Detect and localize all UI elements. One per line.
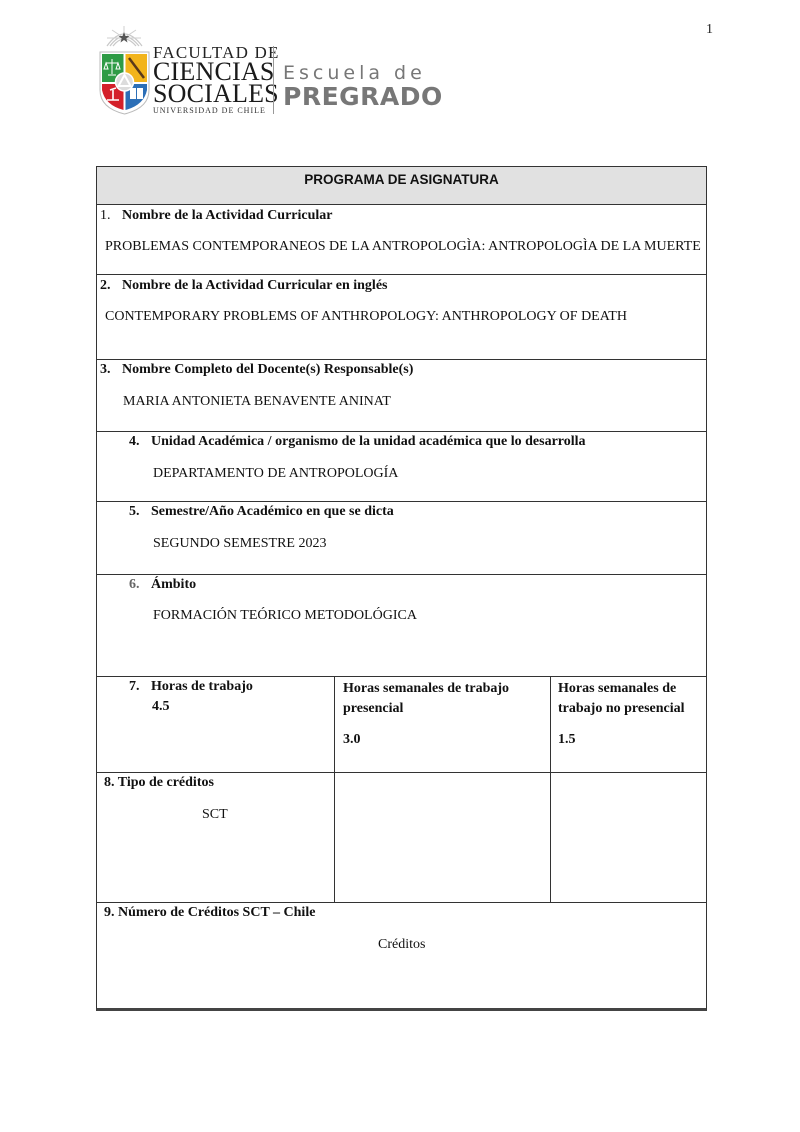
form-title: PROGRAMA DE ASIGNATURA <box>97 167 706 204</box>
page-number: 1 <box>706 22 713 38</box>
section-label: 5.Semestre/Año Académico en que se dicta <box>129 504 394 520</box>
section-work-hours: 7.Horas de trabajo 4.5 Horas semanales d… <box>97 676 706 772</box>
scope-value: FORMACIÓN TEÓRICO METODOLÓGICA <box>153 608 417 624</box>
credit-count-value: Créditos <box>378 937 425 953</box>
section-teacher: 3.Nombre Completo del Docente(s) Respons… <box>97 359 706 431</box>
presencial-label: Horas semanales de trabajo presencial <box>343 679 509 719</box>
work-hours-presencial-cell: Horas semanales de trabajo presencial 3.… <box>334 677 550 772</box>
school-name-line1: Escuela de <box>283 62 426 84</box>
no-presencial-value: 1.5 <box>558 732 576 748</box>
section-label: 1.Nombre de la Actividad Curricular <box>100 208 333 224</box>
credit-type-label: 8. Tipo de créditos <box>104 775 214 791</box>
no-presencial-label: Horas semanales de trabajo no presencial <box>558 679 685 719</box>
credit-count-label: 9. Número de Créditos SCT – Chile <box>104 905 315 921</box>
teacher-name-value: MARIA ANTONIETA BENAVENTE ANINAT <box>123 394 391 410</box>
section-course-name: 1.Nombre de la Actividad Curricular PROB… <box>97 204 706 274</box>
semester-value: SEGUNDO SEMESTRE 2023 <box>153 536 326 552</box>
section-credit-type: 8. Tipo de créditos SCT <box>97 772 706 902</box>
section-label: 4.Unidad Académica / organismo de la uni… <box>129 434 586 450</box>
section-label: 6.Ámbito <box>129 577 196 593</box>
credit-type-cell: 8. Tipo de créditos SCT <box>97 773 334 902</box>
credit-type-value: SCT <box>202 807 228 823</box>
school-name-line2: PREGRADO <box>283 82 443 111</box>
work-hours-no-presencial-cell: Horas semanales de trabajo no presencial… <box>550 677 705 772</box>
empty-cell <box>550 773 705 902</box>
course-name-english-value: CONTEMPORARY PROBLEMS OF ANTHROPOLOGY: A… <box>105 309 627 325</box>
empty-cell <box>334 773 550 902</box>
section-academic-unit: 4.Unidad Académica / organismo de la uni… <box>97 431 706 501</box>
presencial-value: 3.0 <box>343 732 361 748</box>
section-label: 2.Nombre de la Actividad Curricular en i… <box>100 278 387 294</box>
course-name-value: PROBLEMAS CONTEMPORANEOS DE LA ANTROPOLO… <box>105 238 705 255</box>
university-crest-icon <box>97 24 152 116</box>
work-hours-total-value: 4.5 <box>152 699 170 715</box>
academic-unit-value: DEPARTAMENTO DE ANTROPOLOGÍA <box>153 466 398 482</box>
work-hours-total-cell: 7.Horas de trabajo 4.5 <box>97 677 334 772</box>
section-label: 7.Horas de trabajo <box>129 679 253 695</box>
course-program-form: PROGRAMA DE ASIGNATURA 1.Nombre de la Ac… <box>96 166 707 1011</box>
section-label: 3.Nombre Completo del Docente(s) Respons… <box>100 362 413 378</box>
section-course-name-english: 2.Nombre de la Actividad Curricular en i… <box>97 274 706 359</box>
logo-divider <box>273 46 274 114</box>
section-scope: 6.Ámbito FORMACIÓN TEÓRICO METODOLÓGICA <box>97 574 706 676</box>
faculty-logo: FACULTAD DE CIENCIAS SOCIALES UNIVERSIDA… <box>97 24 427 116</box>
section-semester: 5.Semestre/Año Académico en que se dicta… <box>97 501 706 574</box>
section-credit-count: 9. Número de Créditos SCT – Chile Crédit… <box>97 902 706 1008</box>
